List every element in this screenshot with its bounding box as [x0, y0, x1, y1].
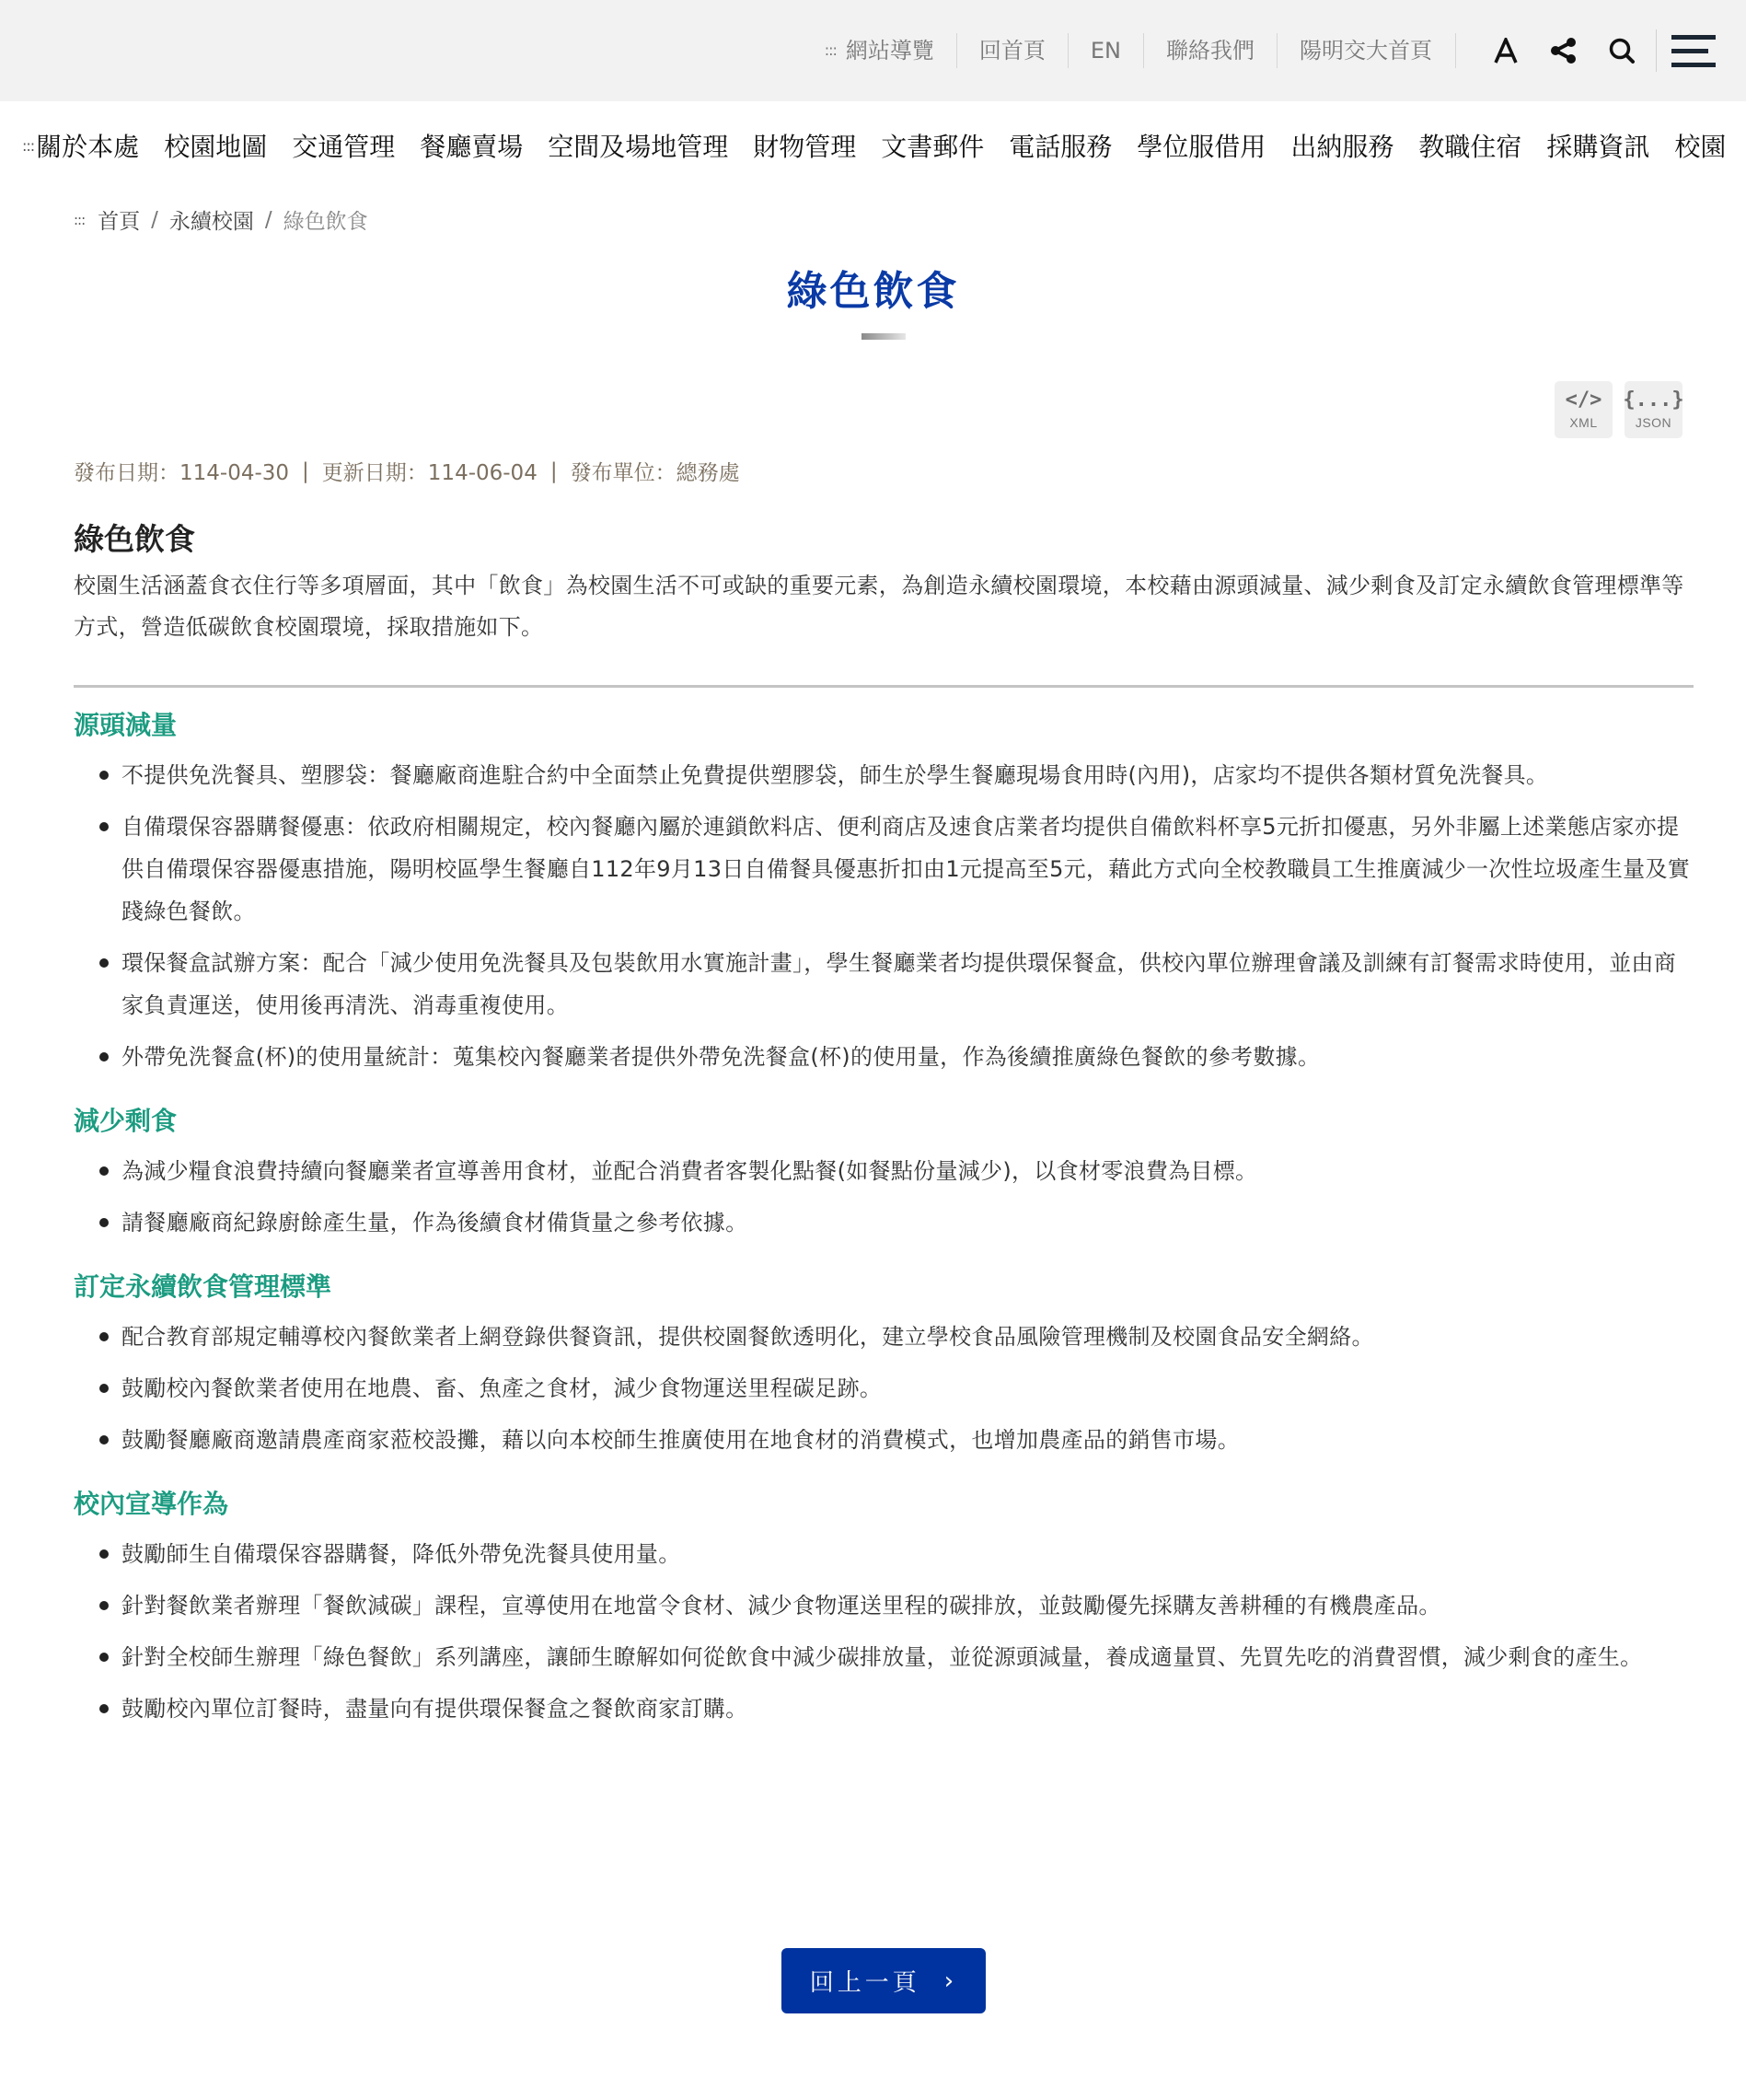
list-item-text: 針對全校師生辦理「綠色餐飲」系列講座，讓師生瞭解如何從飲食中減少碳排放量，並從源…	[121, 1644, 1642, 1670]
breadcrumb-current: 綠色飲食	[283, 204, 368, 235]
list-item: 針對餐飲業者辦理「餐飲減碳」課程，宣導使用在地當令食材、減少食物運送里程的碳排放…	[74, 1584, 1694, 1627]
export-xml-label: XML	[1569, 415, 1597, 430]
article-body: 綠色飲食 校園生活涵蓋食衣住行等多項層面，其中「飲食」為校園生活不可或缺的重要元…	[74, 516, 1694, 1739]
hamburger-menu-icon-line	[1671, 35, 1716, 40]
code-icon: </>	[1566, 389, 1602, 412]
section-reduce-leftovers: 減少剩食 為減少糧食浪費持續向餐廳業者宣導善用食材，並配合消費者客製化點餐(如餐…	[74, 1096, 1694, 1244]
publish-date: 發布日期：114-04-30	[74, 456, 289, 486]
nav-item-property[interactable]: 財物管理	[753, 127, 856, 164]
section-heading: 減少剩食	[74, 1096, 1694, 1146]
meta-separator: |	[550, 459, 558, 483]
breadcrumb: ::: 首頁 / 永續校園 / 綠色飲食	[74, 204, 368, 235]
breadcrumb-home[interactable]: 首頁	[98, 204, 140, 235]
nav-item-mail[interactable]: 文書郵件	[881, 127, 984, 164]
publish-unit: 發布單位：總務處	[571, 456, 740, 486]
contact-link[interactable]: 聯絡我們	[1144, 33, 1278, 68]
nav-item-phone[interactable]: 電話服務	[1009, 127, 1112, 164]
section-campus-promotion: 校內宣導作為 鼓勵師生自備環保容器購餐，降低外帶免洗餐具使用量。 針對餐飲業者辦…	[74, 1479, 1694, 1730]
list-item: 請餐廳廠商紀錄廚餘產生量，作為後續食材備貨量之參考依據。	[74, 1201, 1694, 1244]
nav-item-housing[interactable]: 教職住宿	[1418, 127, 1521, 164]
main-nav: ::: 關於本處 校園地圖 交通管理 餐廳賣場 空間及場地管理 財物管理 文書郵…	[0, 101, 1746, 190]
search-icon	[1608, 37, 1636, 64]
breadcrumb-sustainable-campus[interactable]: 永續校園	[169, 204, 254, 235]
list-item: 為減少糧食浪費持續向餐廳業者宣導善用食材，並配合消費者客製化點餐(如餐點份量減少…	[74, 1150, 1694, 1192]
list-item: 配合教育部規定輔導校內餐飲業者上網登錄供餐資訊，提供校園餐飲透明化，建立學校食品…	[74, 1316, 1694, 1358]
site-map-link[interactable]: :::網站導覽	[825, 33, 957, 68]
list-item: 鼓勵校內單位訂餐時，盡量向有提供環保餐盒之餐飲商家訂購。	[74, 1688, 1694, 1730]
title-underline	[861, 333, 906, 340]
bullet-icon	[99, 1052, 109, 1062]
nycu-home-link[interactable]: 陽明交大首頁	[1278, 33, 1456, 68]
home-link[interactable]: 回首頁	[957, 33, 1069, 68]
list-item-text: 為減少糧食浪費持續向餐廳業者宣導善用食材，並配合消費者客製化點餐(如餐點份量減少…	[121, 1158, 1257, 1184]
section-source-reduction: 源頭減量 不提供免洗餐具、塑膠袋：餐廳廠商進駐合約中全面禁止免費提供塑膠袋，師生…	[74, 701, 1694, 1078]
section-heading: 校內宣導作為	[74, 1479, 1694, 1529]
export-json-button[interactable]: {...} JSON	[1625, 381, 1682, 438]
list-item-text: 鼓勵校內單位訂餐時，盡量向有提供環保餐盒之餐飲商家訂購。	[121, 1696, 747, 1722]
bullet-icon	[99, 1653, 109, 1662]
list-item-text: 請餐廳廠商紀錄廚餘產生量，作為後續食材備貨量之參考依據。	[121, 1210, 747, 1236]
list-item: 鼓勵校內餐飲業者使用在地農、畜、魚產之食材，減少食物運送里程碳足跡。	[74, 1367, 1694, 1410]
hamburger-menu-button[interactable]	[1671, 24, 1730, 77]
english-link[interactable]: EN	[1069, 33, 1144, 68]
section-divider	[74, 685, 1694, 688]
utility-divider	[1656, 29, 1657, 72]
meta-separator: |	[302, 459, 309, 483]
hamburger-menu-icon-line	[1671, 49, 1708, 53]
measure-list: 配合教育部規定輔導校內餐飲業者上網登錄供餐資訊，提供校園餐飲透明化，建立學校食品…	[74, 1316, 1694, 1461]
hamburger-menu-icon-line	[1671, 63, 1716, 67]
list-item-text: 鼓勵餐廳廠商邀請農產商家蒞校設攤，藉以向本校師生推廣使用在地食材的消費模式，也增…	[121, 1427, 1240, 1453]
publish-meta: 發布日期：114-04-30 | 更新日期：114-06-04 | 發布單位：總…	[74, 456, 740, 486]
share-icon	[1550, 37, 1578, 64]
breadcrumb-separator: /	[151, 208, 158, 232]
bullet-icon	[99, 822, 109, 831]
bullet-icon	[99, 1549, 109, 1559]
list-item-text: 配合教育部規定輔導校內餐飲業者上網登錄供餐資訊，提供校園餐飲透明化，建立學校食品…	[121, 1324, 1374, 1350]
bullet-icon	[99, 1166, 109, 1176]
bullet-icon	[99, 1601, 109, 1610]
bullet-icon	[99, 1218, 109, 1227]
utility-links: :::網站導覽 回首頁 EN 聯絡我們 陽明交大首頁	[825, 24, 1746, 77]
back-button[interactable]: 回上一頁 ›	[781, 1948, 986, 2013]
nav-item-dining[interactable]: 餐廳賣場	[420, 127, 523, 164]
nav-item-campus[interactable]: 校園	[1674, 127, 1726, 164]
bullet-icon	[99, 1384, 109, 1393]
nav-item-about[interactable]: 關於本處	[36, 127, 139, 164]
braces-icon: {...}	[1623, 389, 1683, 412]
page-title: 綠色飲食	[0, 258, 1746, 317]
intro-paragraph: 校園生活涵蓋食衣住行等多項層面，其中「飲食」為校園生活不可或缺的重要元素，為創造…	[74, 565, 1694, 648]
bullet-icon	[99, 1704, 109, 1713]
list-item-text: 鼓勵師生自備環保容器購餐，降低外帶免洗餐具使用量。	[121, 1541, 681, 1567]
back-button-label: 回上一頁	[810, 1964, 920, 1998]
site-map-label: 網站導覽	[846, 38, 934, 64]
share-button[interactable]	[1534, 24, 1592, 77]
list-item-text: 針對餐飲業者辦理「餐飲減碳」課程，宣導使用在地當令食材、減少食物運送里程的碳排放…	[121, 1593, 1441, 1619]
export-xml-button[interactable]: </> XML	[1555, 381, 1613, 438]
list-item: 鼓勵師生自備環保容器購餐，降低外帶免洗餐具使用量。	[74, 1533, 1694, 1575]
list-item-text: 鼓勵校內餐飲業者使用在地農、畜、魚產之食材，減少食物運送里程碳足跡。	[121, 1375, 882, 1401]
list-item: 鼓勵餐廳廠商邀請農產商家蒞校設攤，藉以向本校師生推廣使用在地食材的消費模式，也增…	[74, 1419, 1694, 1461]
nav-item-cashier[interactable]: 出納服務	[1290, 127, 1393, 164]
list-item: 針對全校師生辦理「綠色餐飲」系列講座，讓師生瞭解如何從飲食中減少碳排放量，並從源…	[74, 1636, 1694, 1678]
list-item-text: 環保餐盒試辦方案：配合「減少使用免洗餐具及包裝飲用水實施計畫」，學生餐廳業者均提…	[121, 950, 1676, 1018]
list-item-text: 外帶免洗餐盒(杯)的使用量統計：蒐集校內餐廳業者提供外帶免洗餐盒(杯)的使用量，…	[121, 1044, 1320, 1070]
list-item-text: 自備環保容器購餐優惠：依政府相關規定，校內餐廳內屬於連鎖飲料店、便利商店及速食店…	[121, 814, 1690, 924]
bullet-icon	[99, 958, 109, 968]
nav-item-gown[interactable]: 學位服借用	[1137, 127, 1266, 164]
section-management-standards: 訂定永續飲食管理標準 配合教育部規定輔導校內餐飲業者上網登錄供餐資訊，提供校園餐…	[74, 1262, 1694, 1461]
list-item-text: 不提供免洗餐具、塑膠袋：餐廳廠商進駐合約中全面禁止免費提供塑膠袋，師生於學生餐廳…	[121, 762, 1548, 788]
export-json-label: JSON	[1636, 415, 1671, 430]
bullet-icon	[99, 1332, 109, 1341]
update-date: 更新日期：114-06-04	[322, 456, 538, 486]
nav-item-campus-map[interactable]: 校園地圖	[164, 127, 267, 164]
measure-list: 為減少糧食浪費持續向餐廳業者宣導善用食材，並配合消費者客製化點餐(如餐點份量減少…	[74, 1150, 1694, 1244]
nav-item-space[interactable]: 空間及場地管理	[548, 127, 728, 164]
bullet-icon	[99, 1435, 109, 1444]
accesskey-marker[interactable]: :::	[74, 212, 85, 228]
list-item: 環保餐盒試辦方案：配合「減少使用免洗餐具及包裝飲用水實施計畫」，學生餐廳業者均提…	[74, 942, 1694, 1027]
measure-list: 不提供免洗餐具、塑膠袋：餐廳廠商進駐合約中全面禁止免費提供塑膠袋，師生於學生餐廳…	[74, 754, 1694, 1078]
search-button[interactable]	[1592, 24, 1650, 77]
breadcrumb-separator: /	[265, 208, 272, 232]
bullet-icon	[99, 771, 109, 780]
chevron-right-icon: ›	[944, 1967, 957, 1995]
top-utility-bar: :::網站導覽 回首頁 EN 聯絡我們 陽明交大首頁	[0, 0, 1746, 101]
nav-item-procurement[interactable]: 採購資訊	[1546, 127, 1649, 164]
section-heading: 訂定永續飲食管理標準	[74, 1262, 1694, 1312]
list-item: 外帶免洗餐盒(杯)的使用量統計：蒐集校內餐廳業者提供外帶免洗餐盒(杯)的使用量，…	[74, 1036, 1694, 1078]
font-size-button[interactable]	[1476, 24, 1534, 77]
accesskey-marker[interactable]: :::	[22, 137, 34, 155]
nav-item-traffic[interactable]: 交通管理	[292, 127, 395, 164]
accesskey-marker[interactable]: :::	[825, 41, 837, 59]
measure-list: 鼓勵師生自備環保容器購餐，降低外帶免洗餐具使用量。 針對餐飲業者辦理「餐飲減碳」…	[74, 1533, 1694, 1730]
list-item: 自備環保容器購餐優惠：依政府相關規定，校內餐廳內屬於連鎖飲料店、便利商店及速食店…	[74, 806, 1694, 933]
article-heading: 綠色飲食	[74, 516, 1694, 563]
section-heading: 源頭減量	[74, 701, 1694, 750]
list-item: 不提供免洗餐具、塑膠袋：餐廳廠商進駐合約中全面禁止免費提供塑膠袋，師生於學生餐廳…	[74, 754, 1694, 796]
font-size-icon	[1494, 38, 1518, 64]
